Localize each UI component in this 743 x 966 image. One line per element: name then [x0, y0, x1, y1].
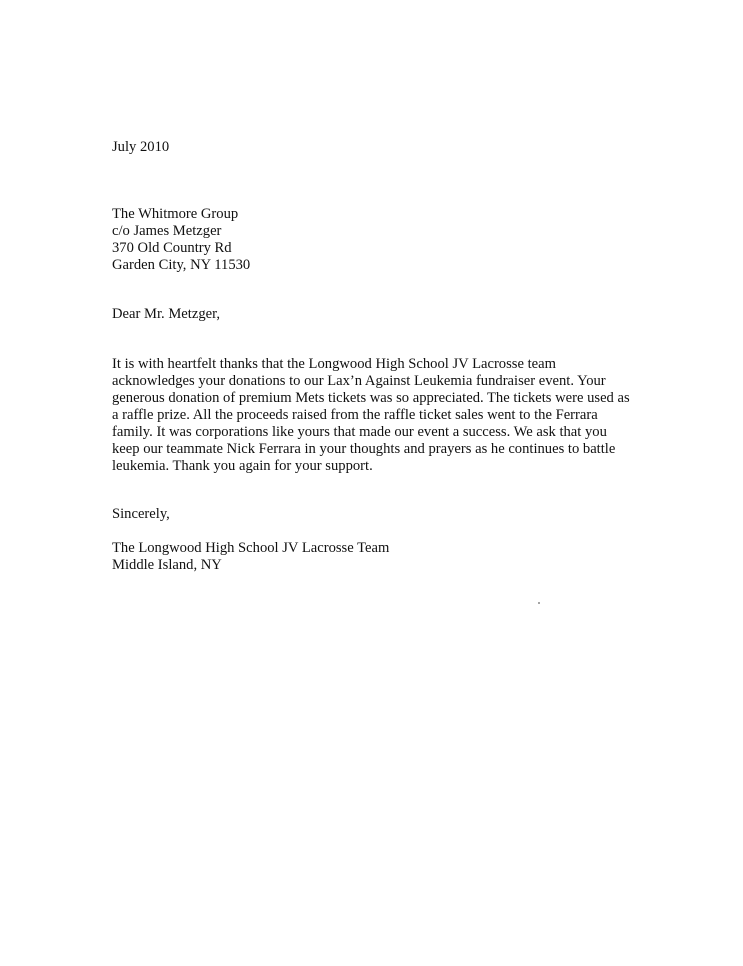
date-text: July 2010 [112, 139, 169, 156]
body-line: leukemia. Thank you again for your suppo… [112, 458, 630, 475]
letter-body: It is with heartfelt thanks that the Lon… [112, 356, 630, 475]
closing: Sincerely, [112, 506, 170, 523]
salutation-text: Dear Mr. Metzger, [112, 306, 220, 323]
address-line-street: 370 Old Country Rd [112, 240, 250, 257]
address-line-attention: c/o James Metzger [112, 223, 250, 240]
signature-location: Middle Island, NY [112, 557, 389, 574]
recipient-address: The Whitmore Group c/o James Metzger 370… [112, 206, 250, 274]
signature-name: The Longwood High School JV Lacrosse Tea… [112, 540, 389, 557]
signature-block: The Longwood High School JV Lacrosse Tea… [112, 540, 389, 574]
body-line: acknowledges your donations to our Lax’n… [112, 373, 630, 390]
letter-page: July 2010 The Whitmore Group c/o James M… [0, 0, 743, 966]
body-line: family. It was corporations like yours t… [112, 424, 630, 441]
body-line: It is with heartfelt thanks that the Lon… [112, 356, 630, 373]
body-line: generous donation of premium Mets ticket… [112, 390, 630, 407]
scan-speck [538, 602, 540, 604]
salutation: Dear Mr. Metzger, [112, 306, 220, 323]
body-line: keep our teammate Nick Ferrara in your t… [112, 441, 630, 458]
letter-date: July 2010 [112, 139, 169, 156]
address-line-company: The Whitmore Group [112, 206, 250, 223]
closing-text: Sincerely, [112, 506, 170, 523]
address-line-city: Garden City, NY 11530 [112, 257, 250, 274]
body-line: a raffle prize. All the proceeds raised … [112, 407, 630, 424]
